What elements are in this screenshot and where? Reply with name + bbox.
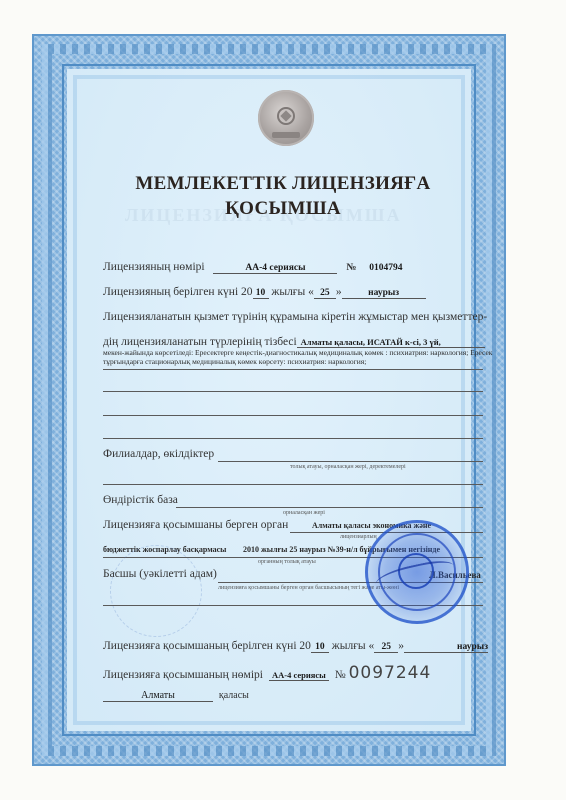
year-word: жылғы «: [332, 640, 374, 652]
appendix-issued-row: Лицензияға қосымшаның берілген күні 2010…: [103, 640, 488, 653]
appendix-month-field: наурыз: [404, 642, 488, 653]
issuer-hint-line2: органның толық атауы: [258, 559, 316, 565]
document-title: МЕМЛЕКЕТТІК ЛИЦЕНЗИЯҒА: [0, 173, 566, 195]
number-sign: №: [346, 262, 356, 273]
branches-hint: толық атауы, орналасқан жері, деректемел…: [290, 464, 406, 470]
appendix-number-label: Лицензияға қосымшаның нөмірі: [103, 669, 263, 681]
branches-label: Филиалдар, өкілдіктер: [103, 448, 214, 460]
appendix-number-value: 0097244: [349, 663, 432, 683]
issuer-hint-line1: лицензиарлың: [340, 534, 377, 540]
appendix-series-field: АА-4 сериясы: [269, 670, 329, 681]
activities-details-line2: тұрғындарға стационарлық медициналық көм…: [103, 357, 366, 367]
blank-line-2: [103, 415, 483, 416]
branches-field: [218, 461, 483, 462]
head-label: Басшы (уәкілетті адам): [103, 568, 217, 580]
document-subtitle: ҚОСЫМША: [0, 198, 566, 220]
activities-line2: дің лицензияланатын түрлерінің тізбесіАл…: [103, 336, 485, 348]
address-field: Алматы қаласы, ИСАТАЙ к-сі, 3 үй,: [297, 337, 485, 348]
blank-line-3: [103, 438, 483, 439]
license-year-field: 10: [253, 288, 269, 299]
license-issued-row: Лицензияның берілген күні 2010 жылғы «25…: [103, 286, 426, 299]
production-base-field: [176, 507, 483, 508]
license-issued-label: Лицензияның берілген күні 20: [103, 286, 253, 298]
number-sign: №: [335, 669, 346, 681]
license-series-field: АА-4 сериясы: [213, 263, 337, 274]
license-day-field: 25: [314, 288, 336, 299]
document-paper: [67, 69, 471, 731]
state-emblem-icon: [258, 90, 314, 146]
production-base-hint: орналасқан жері: [283, 510, 325, 516]
city-row: Алматы қаласы: [103, 689, 249, 702]
year-word: жылғы «: [271, 286, 313, 298]
appendix-day-field: 25: [374, 642, 398, 653]
city-label: қаласы: [219, 690, 249, 701]
activities-list-label: дің лицензияланатын түрлерінің тізбесі: [103, 336, 297, 348]
blank-line-1: [103, 391, 483, 392]
appendix-year-field: 10: [311, 642, 329, 653]
production-base-label: Өндірістік база: [103, 494, 178, 506]
license-number-value: 0104794: [369, 263, 402, 273]
license-number-label: Лицензияның нөмірі: [103, 261, 205, 273]
license-number-row: Лицензияның нөмірі АА-4 сериясы № 010479…: [103, 261, 403, 274]
issuer-label: Лицензияға қосымшаны берген орган: [103, 519, 288, 531]
appendix-number-row: Лицензияға қосымшаның нөмірі АА-4 серияс…: [103, 663, 431, 683]
details-underline: [103, 369, 483, 370]
license-month-field: наурыз: [342, 288, 426, 299]
decorative-border: [32, 34, 506, 766]
appendix-issued-label: Лицензияға қосымшаның берілген күні 20: [103, 640, 311, 652]
activities-line1: Лицензияланатын қызмет түрінің құрамына …: [103, 311, 487, 323]
city-field: Алматы: [103, 690, 213, 702]
faint-stamp-imprint: [110, 545, 202, 637]
branches-blank-line: [103, 484, 483, 485]
